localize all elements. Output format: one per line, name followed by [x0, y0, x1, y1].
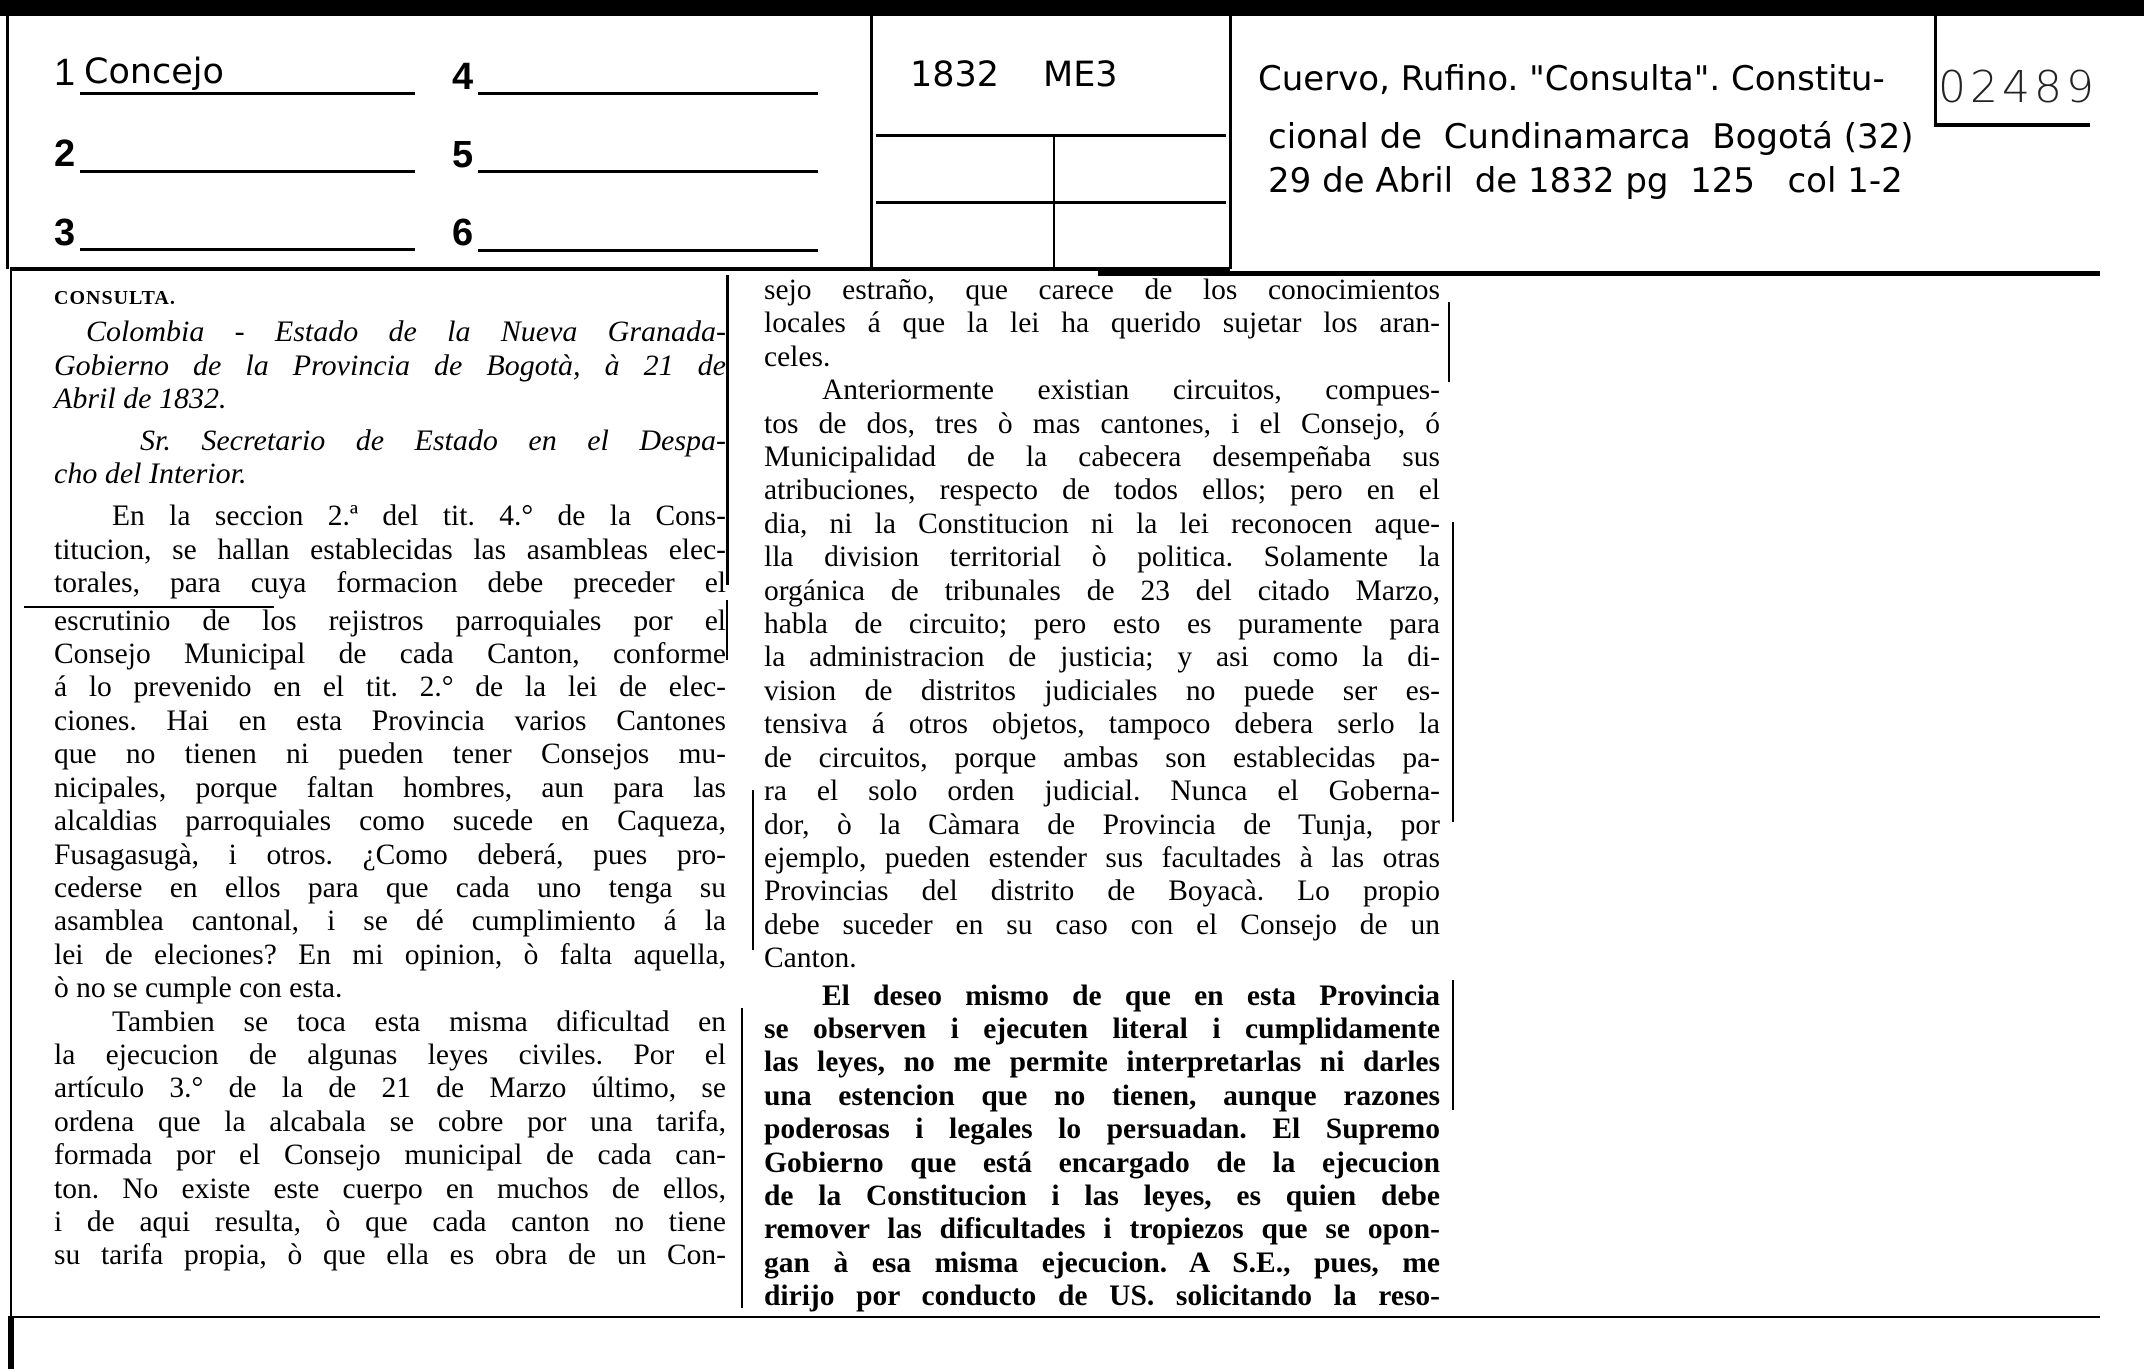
text-line: habla de circuito; pero esto es purament… [764, 608, 1440, 641]
card-mid-rule-2 [876, 201, 1226, 204]
text-line: celes. [764, 341, 1440, 374]
text-line: su tarifa propia, ò que ella es obra de … [54, 1239, 726, 1272]
slot-6-line[interactable] [478, 249, 818, 252]
slot-number: 5 [452, 134, 473, 177]
text-line: lla division territorial ò politica. Sol… [764, 541, 1440, 574]
paragraph-1: En la seccion 2.ª del tit. 4.° de la Con… [54, 500, 726, 1005]
slot-4-line[interactable] [478, 92, 818, 95]
clip-left-edge [10, 271, 12, 1316]
text-line: El deseo mismo de que en esta Provincia [764, 980, 1440, 1013]
clip-right-edge-mid [1452, 522, 1454, 822]
paragraph-2: El deseo mismo de que en esta Provincia … [764, 980, 1440, 1314]
text-line: gan à esa misma ejecucion. A S.E., pues,… [764, 1247, 1440, 1280]
text-line: se observen i ejecuten literal i cumplid… [764, 1013, 1440, 1046]
text-line: de la Constitucion i las leyes, es quien… [764, 1180, 1440, 1213]
text-line: formada por el Consejo municipal de cada… [54, 1139, 726, 1172]
card-mid-subdivider [1053, 137, 1055, 267]
text-line: la administracion de justicia; y asi com… [764, 641, 1440, 674]
text-line: dor, ò la Càmara de Provincia de Tunja, … [764, 809, 1440, 842]
slot-number: 2 [54, 133, 75, 176]
column-rule-upper [726, 275, 729, 585]
paragraph-2: Tambien se toca esta misma dificultad en… [54, 1006, 726, 1273]
column-rule-col2-left [752, 790, 754, 950]
text-line: ò no se cumple con esta. [54, 972, 726, 1005]
text-line: vision de distritos judiciales no puede … [764, 675, 1440, 708]
text-line: sejo estraño, que carece de los conocimi… [764, 274, 1440, 307]
text-line: i de aqui resulta, ò que cada canton no … [54, 1206, 726, 1239]
text-line: Sr. Secretario de Estado en el Despa- [54, 424, 726, 457]
column-rule-mid [726, 600, 728, 660]
text-line: remover las dificultades i tropiezos que… [764, 1213, 1440, 1246]
clip-bottom-rule [10, 1316, 2100, 1318]
salutation: Colombia - Estado de la Nueva Granada- G… [54, 315, 726, 415]
text-line: Abril de 1832. [54, 382, 726, 415]
slot-number: 4 [452, 56, 473, 99]
text-line: que no tienen ni pueden tener Consejos m… [54, 738, 726, 771]
column-rule-lower [741, 1008, 743, 1308]
text-line: ordena que la alcabala se cobre por una … [54, 1106, 726, 1139]
card-divider-left [870, 14, 873, 269]
text-line: Provincias del distrito de Boyacà. Lo pr… [764, 875, 1440, 908]
text-line: á lo prevenido en el tit. 2.° de la lei … [54, 671, 726, 704]
text-line: asamblea cantonal, i se dé cumplimiento … [54, 905, 726, 938]
text-line: cho del Interior. [54, 457, 726, 490]
article-heading: CONSULTA. [54, 282, 726, 315]
text-line: artículo 3.° de la de 21 de Marzo último… [54, 1072, 726, 1105]
text-line: titucion, se hallan establecidas las asa… [54, 534, 726, 567]
paragraph-0: sejo estraño, que carece de los conocimi… [764, 274, 1440, 374]
citation-line-3: 29 de Abril de 1832 pg 125 col 1-2 [1268, 164, 1903, 198]
scan-left-border [8, 1316, 14, 1369]
card-mid-rule-1 [876, 134, 1226, 137]
text-line: tos de dos, tres ò mas cantones, i el Co… [764, 408, 1440, 441]
text-line: una estencion que no tienen, aunque razo… [764, 1080, 1440, 1113]
text-line: ton. No existe este cuerpo en muchos de … [54, 1173, 726, 1206]
text-line: tensiva á otros objetos, tampoco debera … [764, 708, 1440, 741]
text-line: ejemplo, pueden estender sus facultades … [764, 842, 1440, 875]
text-line: ra el solo orden judicial. Nunca el Gobe… [764, 775, 1440, 808]
text-line: Gobierno de la Provincia de Bogotà, à 21… [54, 349, 726, 382]
text-line: orgánica de tribunales de 23 del citado … [764, 575, 1440, 608]
addressee: Sr. Secretario de Estado en el Despa- ch… [54, 424, 726, 491]
text-line: la ejecucion de algunas leyes civiles. P… [54, 1039, 726, 1072]
card-number-box-bottom [1934, 123, 2090, 127]
slot-5-line[interactable] [478, 170, 818, 173]
slot-number: 6 [452, 212, 473, 255]
text-line: locales á que la lei ha querido sujetar … [764, 307, 1440, 340]
clip-right-edge-lower [1452, 980, 1454, 1110]
text-line: dirijo por conducto de US. solicitando l… [764, 1280, 1440, 1313]
text-line: Colombia - Estado de la Nueva Granada- [54, 315, 726, 348]
card-number-box-left [1934, 16, 1937, 126]
text-line: poderosas i legales lo persuadan. El Sup… [764, 1113, 1440, 1146]
text-line: torales, para cuya formacion debe preced… [54, 567, 726, 600]
card-divider-right [1229, 14, 1232, 269]
text-line: En la seccion 2.ª del tit. 4.° de la Con… [54, 500, 726, 533]
text-line: Tambien se toca esta misma dificultad en [54, 1006, 726, 1039]
article-column-2: sejo estraño, que carece de los conocimi… [764, 274, 1440, 1314]
text-line: Anteriormente existian circuitos, compue… [764, 374, 1440, 407]
slot-1-line [80, 92, 415, 95]
text-line: de circuitos, porque ambas son estableci… [764, 742, 1440, 775]
subject-slot-1: 1 [54, 54, 75, 92]
text-line: Canton. [764, 942, 1440, 975]
text-line: Gobierno que está encargado de la ejecuc… [764, 1147, 1440, 1180]
text-line: debe suceder en su caso con el Consejo d… [764, 909, 1440, 942]
text-line: Fusagasugà, i otros. ¿Como deberá, pues … [54, 839, 726, 872]
card-left-edge [6, 14, 9, 269]
text-line: escrutinio de los rejistros parroquiales… [54, 605, 726, 638]
article-column-1: CONSULTA. Colombia - Estado de la Nueva … [54, 282, 726, 1273]
card-year: 1832 [910, 58, 999, 93]
slot-number: 1 [54, 52, 75, 94]
slot-3-line[interactable] [80, 248, 415, 251]
text-line: dia, ni la Constitucion ni la lei recono… [764, 508, 1440, 541]
scan-top-border [0, 0, 2144, 16]
text-line: alcaldias parroquiales como sucede en Ca… [54, 805, 726, 838]
slot-2-line[interactable] [80, 170, 415, 173]
slot-number: 3 [54, 212, 75, 255]
text-line: Municipalidad de la cabecera desempeñaba… [764, 441, 1440, 474]
clip-right-edge-upper [1448, 302, 1450, 382]
text-line: las leyes, no me permite interpretarlas … [764, 1046, 1440, 1079]
text-line: nicipales, porque faltan hombres, aun pa… [54, 772, 726, 805]
card-code: ME3 [1043, 58, 1118, 93]
text-line: atribuciones, respecto de todos ellos; p… [764, 474, 1440, 507]
citation-line-2: cional de Cundinamarca Bogotá (32) [1268, 120, 1914, 154]
card-number: 02489 [1938, 62, 2098, 113]
text-line: Consejo Municipal de cada Canton, confor… [54, 638, 726, 671]
slot-1-value[interactable]: Concejo [84, 55, 224, 90]
card-bottom-rule-left [10, 267, 1230, 271]
citation-line-1: Cuervo, Rufino. "Consulta". Constitu- [1258, 62, 1885, 96]
paragraph-1: Anteriormente existian circuitos, compue… [764, 374, 1440, 975]
text-line: cederse en ellos para que cada uno tenga… [54, 872, 726, 905]
text-line: lei de eleciones? En mi opinion, ò falta… [54, 939, 726, 972]
text-line: ciones. Hai en esta Provincia varios Can… [54, 705, 726, 738]
